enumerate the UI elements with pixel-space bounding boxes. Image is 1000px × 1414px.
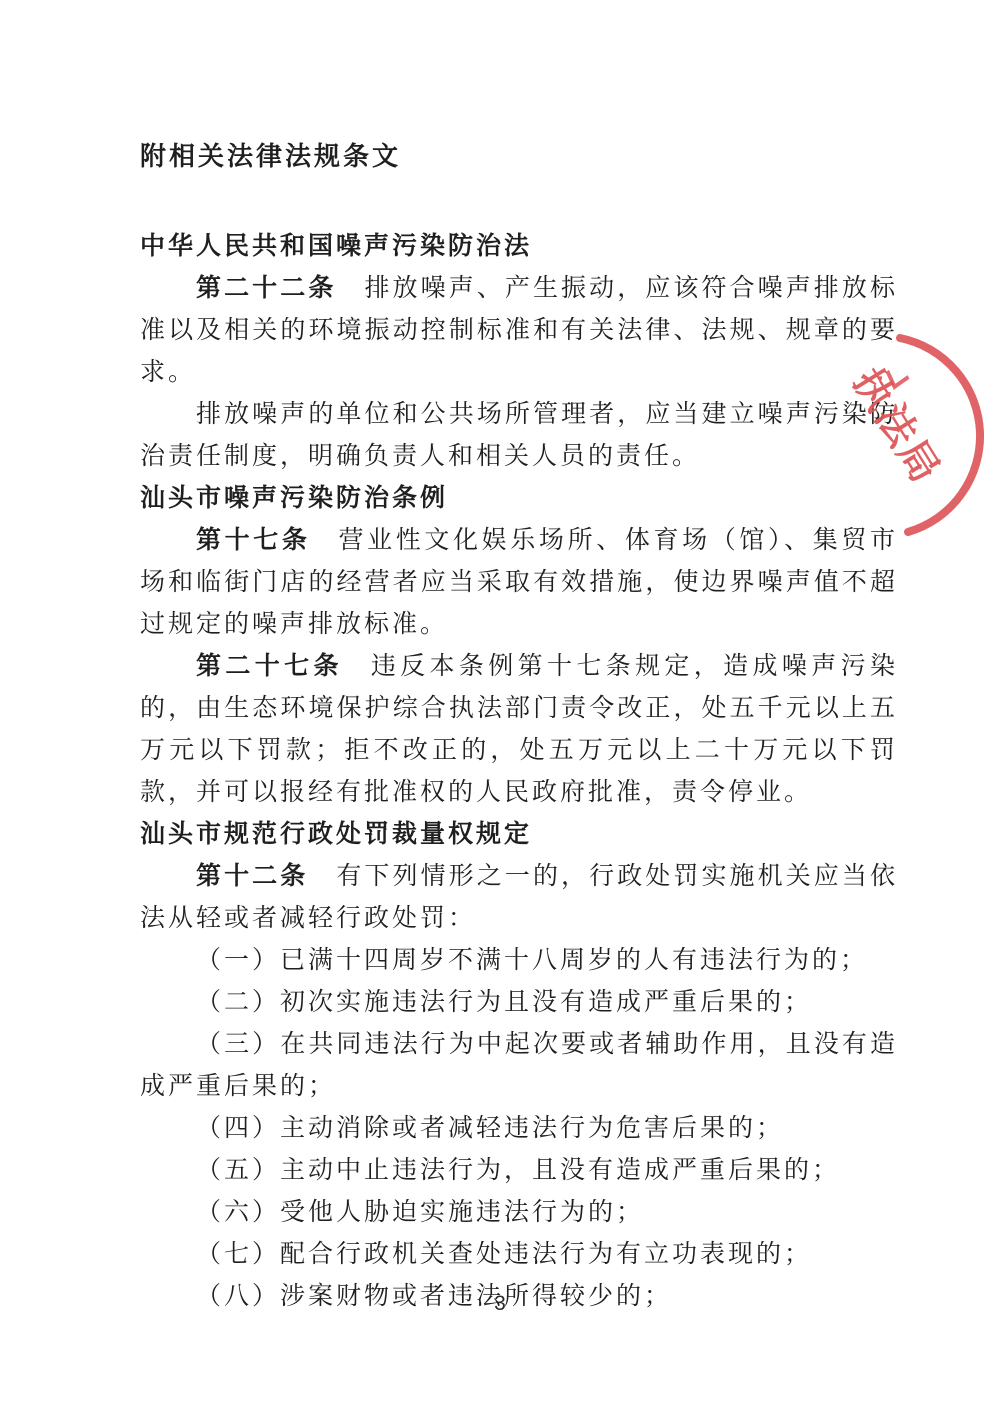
article-number: 第十七条 — [196, 527, 311, 554]
article-number: 第十二条 — [196, 863, 308, 890]
list-item: （四）主动消除或者减轻违法行为危害后果的； — [140, 1108, 898, 1150]
article-paragraph: 排放噪声的单位和公共场所管理者，应当建立噪声污染防治责任制度，明确负责人和相关人… — [140, 394, 898, 478]
article-paragraph: 第二十七条违反本条例第十七条规定，造成噪声污染的，由生态环境保护综合执法部门责令… — [140, 646, 898, 814]
section-heading: 汕头市噪声污染防治条例 — [140, 478, 898, 520]
list-item: （一）已满十四周岁不满十八周岁的人有违法行为的； — [140, 940, 898, 982]
article-paragraph: 第二十二条排放噪声、产生振动，应该符合噪声排放标准以及相关的环境振动控制标准和有… — [140, 268, 898, 394]
page-number: 3 — [0, 1292, 1000, 1316]
document-page: 附相关法律法规条文 中华人民共和国噪声污染防治法 第二十二条排放噪声、产生振动，… — [0, 0, 1000, 1414]
article-number: 第二十二条 — [196, 275, 336, 302]
article-text: 排放噪声的单位和公共场所管理者，应当建立噪声污染防治责任制度，明确负责人和相关人… — [140, 401, 898, 470]
list-item: （六）受他人胁迫实施违法行为的； — [140, 1192, 898, 1234]
document-body: 附相关法律法规条文 中华人民共和国噪声污染防治法 第二十二条排放噪声、产生振动，… — [140, 136, 898, 1318]
article-paragraph: 第十七条营业性文化娱乐场所、体育场（馆）、集贸市场和临街门店的经营者应当采取有效… — [140, 520, 898, 646]
section-heading: 中华人民共和国噪声污染防治法 — [140, 226, 898, 268]
list-item: （三）在共同违法行为中起次要或者辅助作用，且没有造成严重后果的； — [140, 1024, 898, 1108]
article-paragraph: 第十二条有下列情形之一的，行政处罚实施机关应当依法从轻或者减轻行政处罚： — [140, 856, 898, 940]
document-text-block: 中华人民共和国噪声污染防治法 第二十二条排放噪声、产生振动，应该符合噪声排放标准… — [140, 226, 898, 1318]
list-item: （二）初次实施违法行为且没有造成严重后果的； — [140, 982, 898, 1024]
document-title: 附相关法律法规条文 — [140, 136, 898, 178]
article-number: 第二十七条 — [196, 653, 343, 680]
section-heading: 汕头市规范行政处罚裁量权规定 — [140, 814, 898, 856]
list-item: （五）主动中止违法行为，且没有造成严重后果的； — [140, 1150, 898, 1192]
list-item: （七）配合行政机关查处违法行为有立功表现的； — [140, 1234, 898, 1276]
